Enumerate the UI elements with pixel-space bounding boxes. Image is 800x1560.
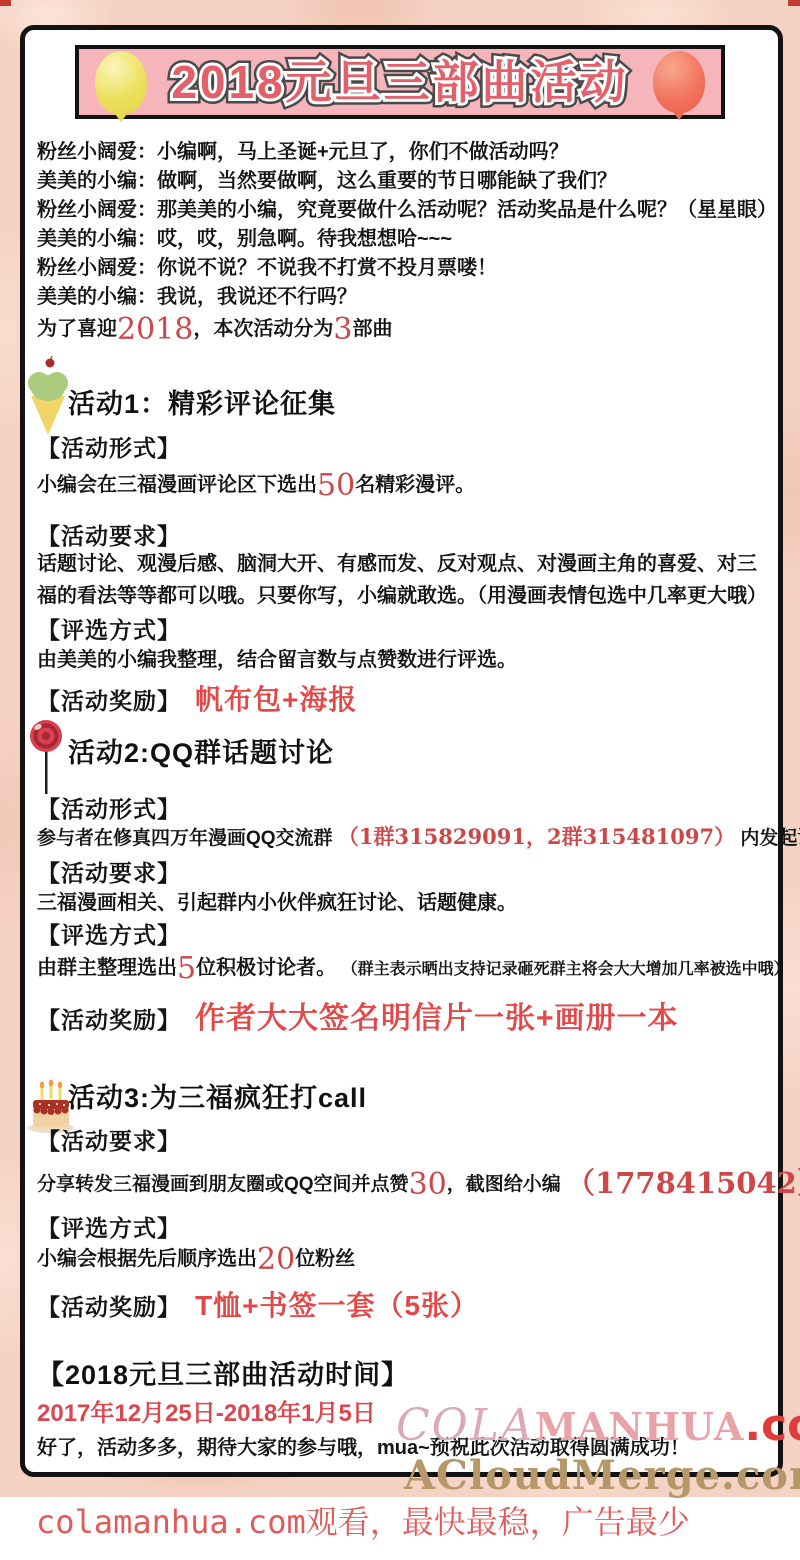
intro-year-number: 2018 [117, 312, 193, 347]
lollipop-icon [27, 718, 69, 796]
activity2-select-line: 由群主整理选出5位积极讨论者。 （群主表示晒出支持记录砸死群主将会大大增加几率被… [37, 951, 790, 984]
dialog-line: 美美的小编：我说，我说还不行吗？ [37, 283, 769, 312]
activity1-req-paragraph: 话题讨论、观漫后感、脑洞大开、有感而发、反对观点、对漫画主角的喜爱、对三福的看法… [37, 548, 767, 612]
activity3-select-line: 小编会根据先后顺序选出20位粉丝 [37, 1242, 355, 1275]
activity2-form-text: 参与者在修真四万年漫画QQ交流群 [37, 828, 333, 849]
dialog-line: 粉丝小阔爱：你说不说？不说我不打赏不投月票喽！ [37, 254, 769, 283]
activity2-qq-groups: （1群315829091，2群315481097） [338, 824, 735, 849]
activity2-select-heading: 【评选方式】 [37, 917, 181, 950]
activity3-prize-text: T恤+书签一套（5张） [195, 1290, 479, 1321]
activity3-req-heading: 【活动要求】 [37, 1123, 181, 1156]
title-banner: 2018元旦三部曲活动 2018元旦三部曲活动 2018元旦三部曲活动 [75, 45, 725, 119]
top-left-corner-mark [0, 0, 11, 6]
intro-text: 为了喜迎 [37, 318, 117, 340]
activity3-title: 活动3:为三福疯狂打call [68, 1076, 367, 1115]
activity1-winner-count: 50 [317, 468, 355, 503]
page-title-text: 2018元旦三部曲活动 [171, 56, 628, 108]
orange-balloon-icon [653, 51, 705, 113]
content-panel: 2018元旦三部曲活动 2018元旦三部曲活动 2018元旦三部曲活动 粉丝小阔… [20, 25, 783, 1477]
activity1-req-heading: 【活动要求】 [37, 518, 181, 551]
activity3-select-text: 小编会根据先后顺序选出 [37, 1248, 257, 1270]
activity3-req-line: 分享转发三福漫画到朋友圈或QQ空间并点赞30，截图给小编 （1778415042… [37, 1161, 800, 1202]
watermark-manhua-text: MANHUA [535, 1404, 745, 1449]
dialog-line: 美美的小编：哎，哎，别急啊。待我想想哈~~~ [37, 225, 769, 254]
schedule-title: 【2018元旦三部曲活动时间】 [37, 1353, 409, 1392]
activity2-prize-text: 作者大大签名明信片一张+画册一本 [195, 1002, 679, 1035]
activity1-form-heading: 【活动形式】 [37, 430, 181, 463]
activity2-winner-count: 5 [177, 951, 196, 986]
top-right-corner-mark [788, 0, 800, 6]
activity2-form-heading: 【活动形式】 [37, 791, 181, 824]
watermark-acloudmerge: ACloudMerge.com [404, 1452, 800, 1499]
schedule-date: 2017年12月25日-2018年1月5日 [37, 1393, 376, 1428]
bottom-bar-text: colamanhua.com观看，最快最稳，广告最少 [36, 1497, 690, 1543]
intro-line: 为了喜迎2018，本次活动分为3部曲 [37, 312, 392, 345]
watermark-dotcom-text: .com [744, 1400, 800, 1451]
activity3-prize-row: 【活动奖励】T恤+书签一套（5张） [37, 1284, 479, 1324]
watermark-cola-text: COLA [396, 1400, 535, 1451]
yellow-balloon-icon [95, 51, 147, 115]
activity1-select-heading: 【评选方式】 [37, 612, 181, 645]
activity1-select-line: 由美美的小编我整理，结合留言数与点赞数进行评选。 [37, 643, 517, 672]
activity2-select-text: 位积极讨论者。 [196, 957, 336, 979]
intro-text: ，本次活动分为 [193, 318, 333, 340]
activity1-prize-text: 帆布包+海报 [195, 684, 357, 715]
activity2-form-line: 参与者在修真四万年漫画QQ交流群 （1群315829091，2群31548109… [37, 821, 800, 851]
activity3-select-text: 位粉丝 [295, 1248, 355, 1270]
activity2-select-text: 由群主整理选出 [37, 957, 177, 979]
activity3-prize-heading: 【活动奖励】 [37, 1294, 181, 1320]
activity1-prize-heading: 【活动奖励】 [37, 688, 181, 714]
activity1-form-line: 小编会在三福漫画评论区下选出50名精彩漫评。 [37, 468, 475, 501]
activity2-req-line: 三福漫画相关、引起群内小伙伴疯狂讨论、话题健康。 [37, 886, 517, 915]
activity3-like-count: 30 [409, 1167, 447, 1202]
activity1-form-text: 小编会在三福漫画评论区下选出 [37, 474, 317, 496]
activity3-editor-qq: （1778415042） [566, 1166, 800, 1200]
activity3-winner-count: 20 [257, 1242, 295, 1277]
dialog-line: 美美的小编：做啊，当然要做啊，这么重要的节日哪能缺了我们？ [37, 167, 769, 196]
dialog-line: 粉丝小阔爱：小编啊，马上圣诞+元旦了，你们不做活动吗？ [37, 138, 769, 167]
activity2-select-note: （群主表示晒出支持记录砸死群主将会大大增加几率被选中哦） [342, 961, 790, 978]
intro-text: 部曲 [352, 318, 392, 340]
activity2-prize-heading: 【活动奖励】 [37, 1007, 181, 1033]
activity3-req-text: ，截图给小编 [447, 1174, 561, 1195]
activity1-form-text: 名精彩漫评。 [355, 474, 475, 496]
activity1-prize-row: 【活动奖励】帆布包+海报 [37, 678, 357, 718]
dialog-block: 粉丝小阔爱：小编啊，马上圣诞+元旦了，你们不做活动吗？ 美美的小编：做啊，当然要… [37, 138, 769, 312]
activity3-select-heading: 【评选方式】 [37, 1210, 181, 1243]
activity2-req-heading: 【活动要求】 [37, 855, 181, 888]
ice-cream-icon [27, 356, 69, 436]
page-title: 2018元旦三部曲活动 2018元旦三部曲活动 2018元旦三部曲活动 [171, 59, 628, 105]
activity2-form-text: 内发起话题进行讨论。 [740, 828, 800, 849]
activity1-title: 活动1：精彩评论征集 [68, 382, 336, 421]
activity3-req-text: 分享转发三福漫画到朋友圈或QQ空间并点赞 [37, 1174, 409, 1195]
activity2-title: 活动2:QQ群话题讨论 [68, 731, 334, 770]
dialog-line: 粉丝小阔爱：那美美的小编，究竟要做什么活动呢？活动奖品是什么呢？（星星眼） [37, 196, 769, 225]
intro-count-number: 3 [333, 312, 352, 347]
activity2-prize-row: 【活动奖励】作者大大签名明信片一张+画册一本 [37, 993, 679, 1037]
watermark-colamanhua: COLAMANHUA.com [396, 1404, 800, 1448]
